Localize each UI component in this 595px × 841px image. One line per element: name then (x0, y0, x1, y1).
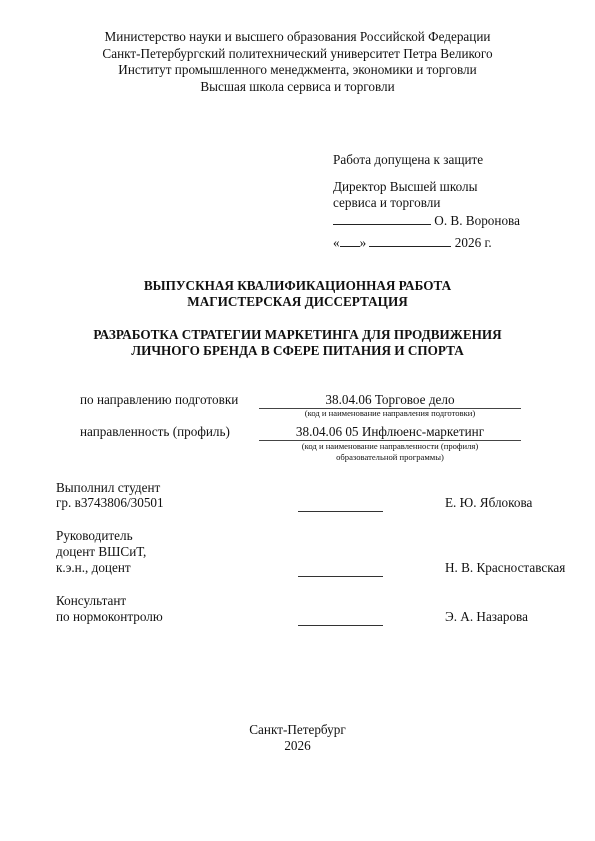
approval-block: Работа допущена к защите Директор Высшей… (333, 152, 520, 252)
profile-caption-line1: (код и наименование направленности (проф… (259, 441, 521, 452)
institute-line: Институт промышленного менеджмента, экон… (0, 62, 595, 79)
profile-label: направленность (профиль) (80, 424, 230, 440)
quote-open: « (333, 235, 340, 250)
topic-line1: РАЗРАБОТКА СТРАТЕГИИ МАРКЕТИНГА ДЛЯ ПРОД… (0, 327, 595, 343)
day-blank (340, 234, 360, 247)
direction-value: 38.04.06 Торговое дело (259, 392, 521, 409)
work-type-title: ВЫПУСКНАЯ КВАЛИФИКАЦИОННАЯ РАБОТА МАГИСТ… (0, 278, 595, 310)
supervisor-role-line2: доцент ВШСиТ, (56, 544, 146, 560)
supervisor-name: Н. В. Красноставская (445, 560, 565, 576)
profile-value: 38.04.06 05 Инфлюенс-маркетинг (259, 424, 521, 441)
school-line: Высшая школа сервиса и торговли (0, 79, 595, 96)
admitted-to-defense: Работа допущена к защите (333, 152, 520, 169)
direction-label: по направлению подготовки (80, 392, 238, 408)
director-position-line2: сервиса и торговли (333, 195, 520, 212)
approval-date-row: «» 2026 г. (333, 234, 520, 252)
university-line: Санкт-Петербургский политехнический унив… (0, 46, 595, 63)
consultant-role-line2: по нормоконтролю (56, 609, 163, 625)
quote-close: » (360, 235, 367, 250)
consultant-role-line1: Консультант (56, 593, 126, 609)
profile-caption-line2: образовательной программы) (259, 452, 521, 463)
footer: Санкт-Петербург 2026 (0, 722, 595, 754)
student-role-line1: Выполнил студент (56, 480, 160, 496)
supervisor-role-line3: к.э.н., доцент (56, 560, 131, 576)
work-type-line1: ВЫПУСКНАЯ КВАЛИФИКАЦИОННАЯ РАБОТА (0, 278, 595, 294)
student-signature-line (298, 510, 383, 512)
student-name: Е. Ю. Яблокова (445, 495, 532, 511)
director-signature-line (333, 212, 431, 225)
director-position-line1: Директор Высшей школы (333, 179, 520, 196)
month-blank (369, 234, 451, 247)
consultant-signature-line (298, 624, 383, 626)
direction-caption: (код и наименование направления подготов… (259, 408, 521, 419)
director-signature-row: О. В. Воронова (333, 212, 520, 230)
topic-line2: ЛИЧНОГО БРЕНДА В СФЕРЕ ПИТАНИЯ И СПОРТА (0, 343, 595, 359)
footer-city: Санкт-Петербург (0, 722, 595, 738)
work-type-line2: МАГИСТЕРСКАЯ ДИССЕРТАЦИЯ (0, 294, 595, 310)
director-name: О. В. Воронова (434, 213, 520, 228)
ministry-line: Министерство науки и высшего образования… (0, 29, 595, 46)
thesis-topic-title: РАЗРАБОТКА СТРАТЕГИИ МАРКЕТИНГА ДЛЯ ПРОД… (0, 327, 595, 359)
supervisor-role-line1: Руководитель (56, 528, 133, 544)
student-group: гр. в3743806/30501 (56, 495, 164, 511)
consultant-name: Э. А. Назарова (445, 609, 528, 625)
approval-year: 2026 г. (455, 235, 492, 250)
institution-header: Министерство науки и высшего образования… (0, 29, 595, 95)
footer-year: 2026 (0, 738, 595, 754)
supervisor-signature-line (298, 575, 383, 577)
